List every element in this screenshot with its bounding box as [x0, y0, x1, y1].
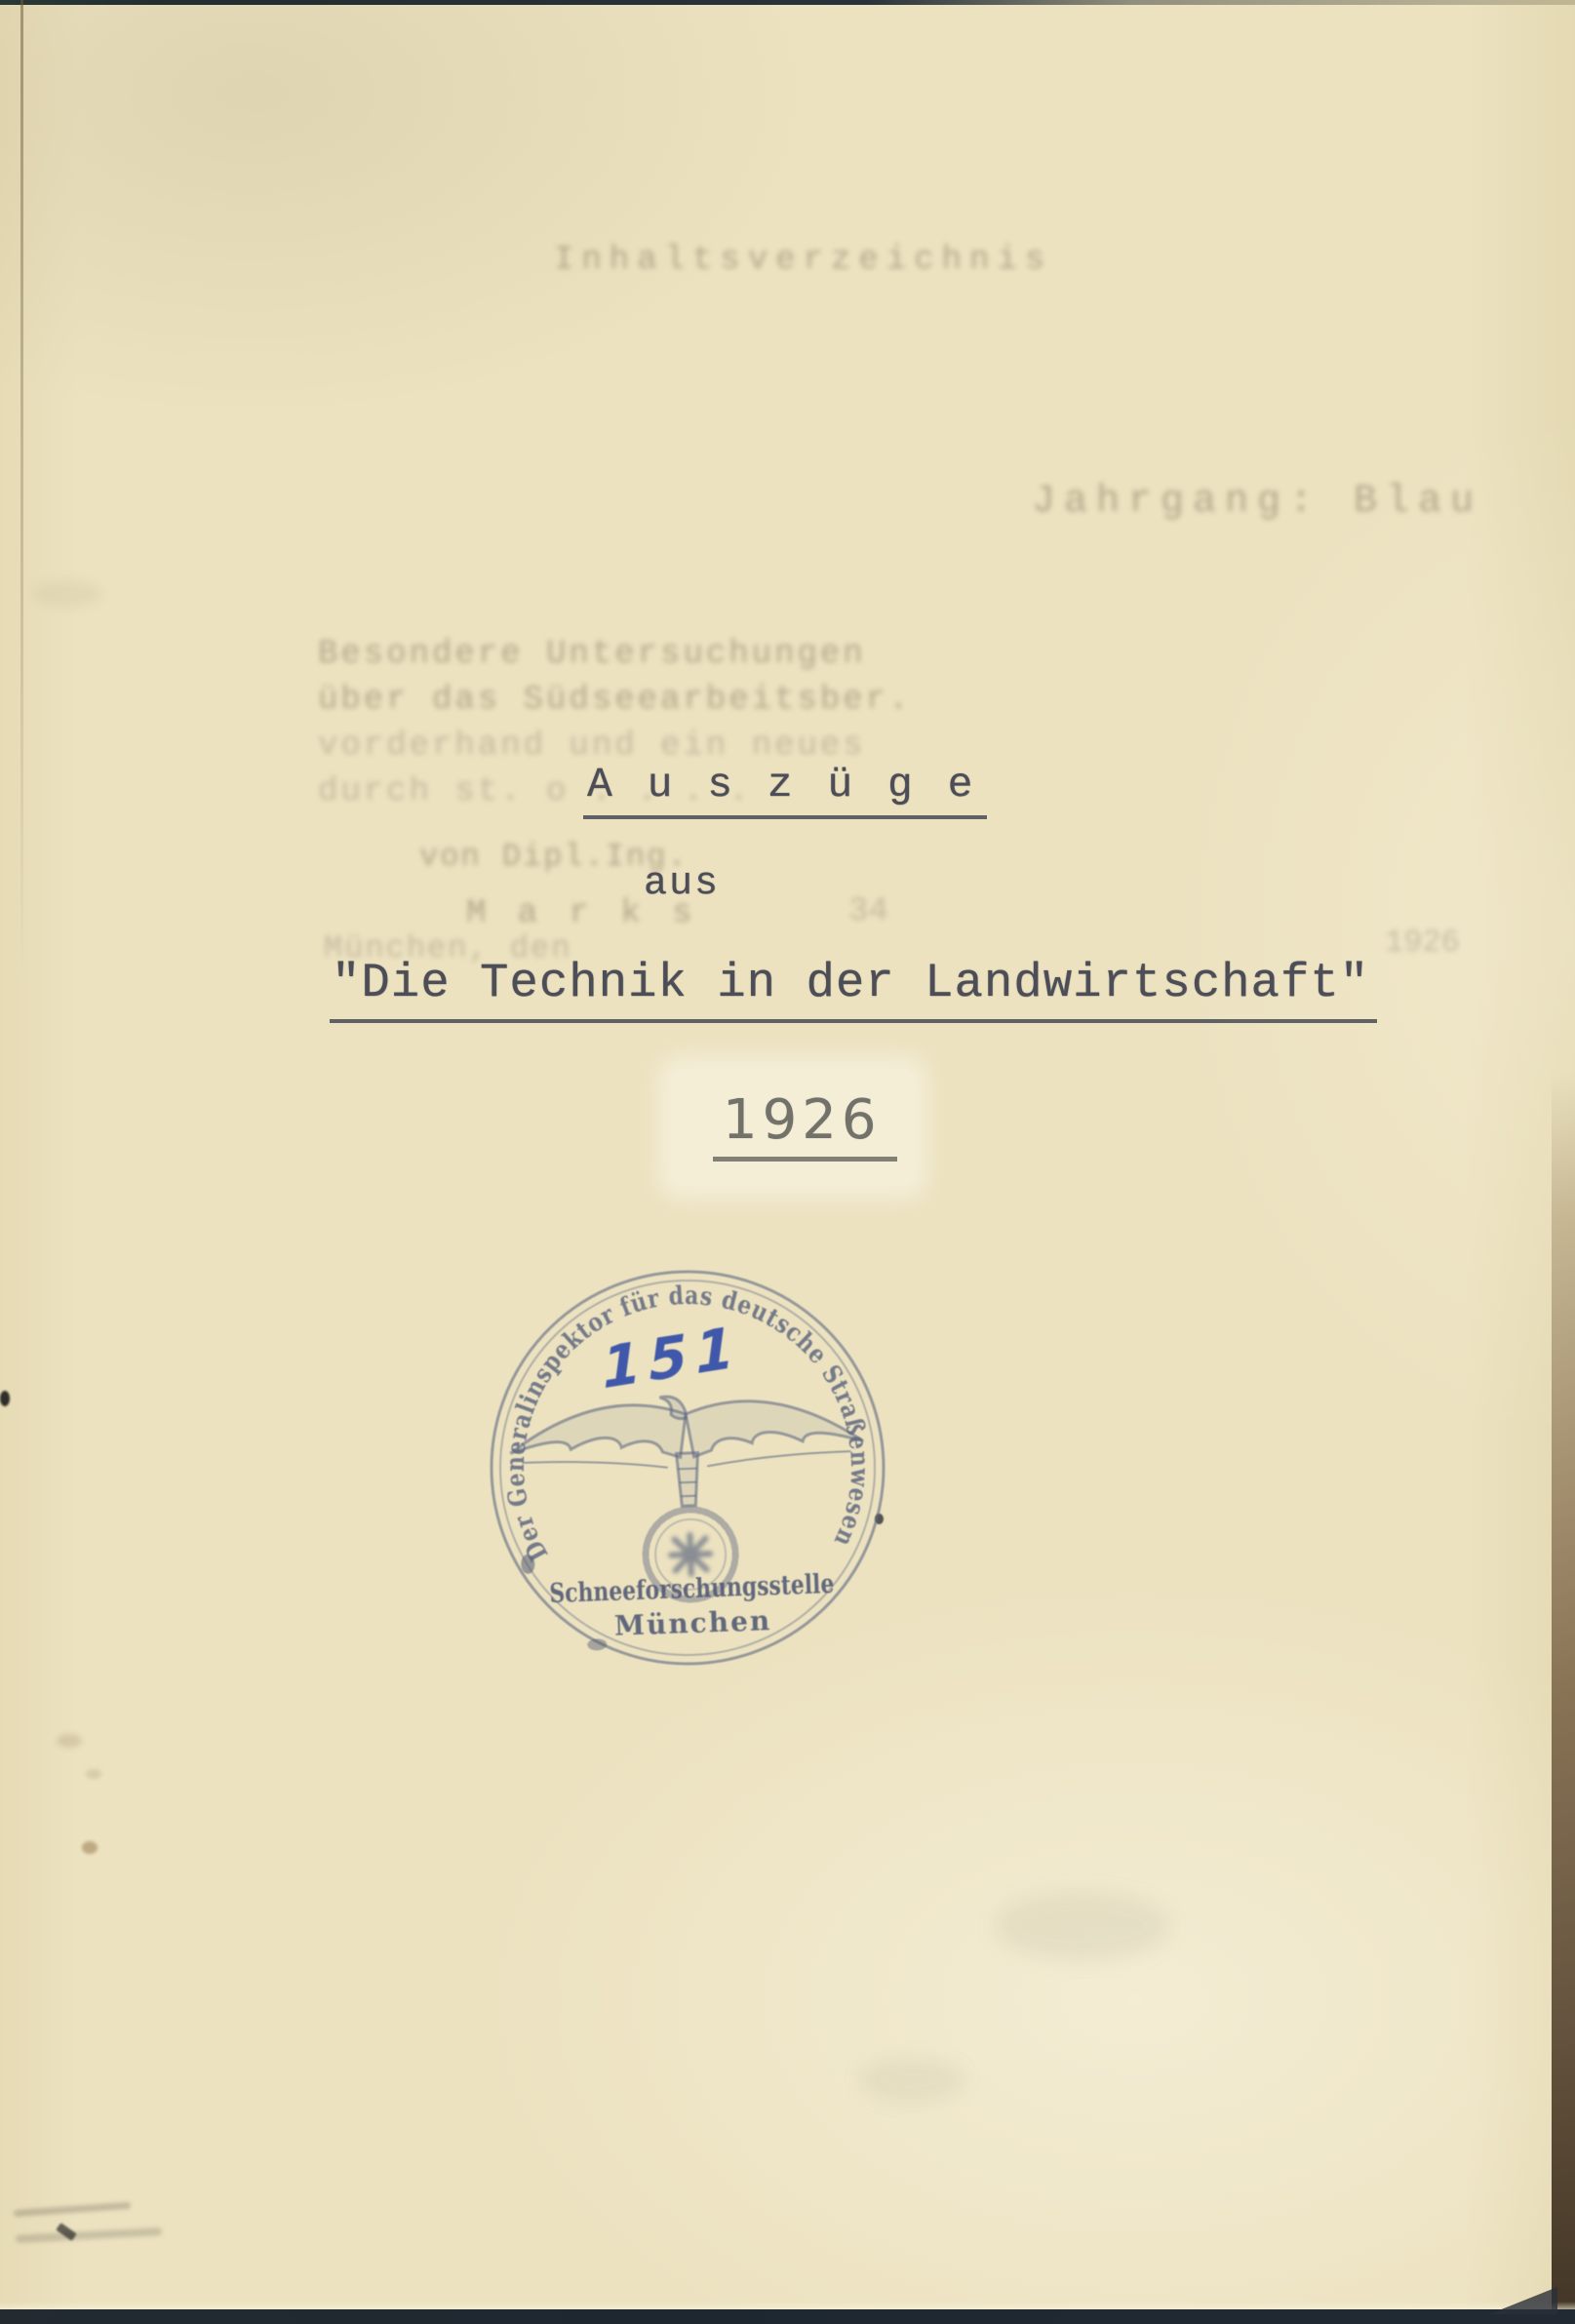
bleedthrough-line: Besondere Untersuchungen [318, 632, 912, 678]
scan-edge-top [0, 0, 1575, 5]
shadow-smudge [858, 2058, 965, 2103]
connector-word: aus [644, 862, 720, 906]
stain-smudge [33, 581, 101, 607]
pencil-mark [14, 2202, 131, 2217]
bleedthrough-number: 34 [848, 893, 888, 930]
handwritten-number: 151 [601, 1313, 744, 1401]
pencil-mark [16, 2227, 162, 2243]
scan-edge-right [1552, 1073, 1575, 2324]
document-title: A u s z ü g e [583, 761, 987, 819]
stamp-graphic: Der Generalinspektor für das deutsche St… [479, 1259, 896, 1676]
bleedthrough-annotation: Jahrgang: Blau [1032, 480, 1482, 524]
page-corner-cut [1489, 2287, 1557, 2314]
stamp-ink-blob [587, 1638, 607, 1651]
scanned-document-page: Inhaltsverzeichnis Jahrgang: Blau Besond… [0, 0, 1575, 2324]
bleedthrough-footer-right: 1926 [1385, 925, 1460, 961]
bleedthrough-heading: Inhaltsverzeichnis [554, 242, 1052, 279]
ink-speck [0, 1391, 10, 1406]
stain-smudge [57, 1734, 82, 1748]
stamp-office-line1: Schneeforschungsstelle [549, 1569, 835, 1609]
archive-stamp: Der Generalinspektor für das deutsche St… [479, 1259, 896, 1676]
bleedthrough-line: über das Südseearbeitsber. [318, 678, 912, 724]
stain-smudge [86, 1769, 101, 1779]
shadow-smudge [995, 1892, 1170, 1960]
scan-edge-bottom [0, 2309, 1575, 2324]
stain-spot [82, 1841, 98, 1854]
stamp-office-line2: München [613, 1604, 771, 1642]
source-title: "Die Technik in der Landwirtschaft" [330, 956, 1377, 1023]
binding-fold-line [20, 0, 23, 975]
year-label: 1926 [713, 1088, 897, 1162]
